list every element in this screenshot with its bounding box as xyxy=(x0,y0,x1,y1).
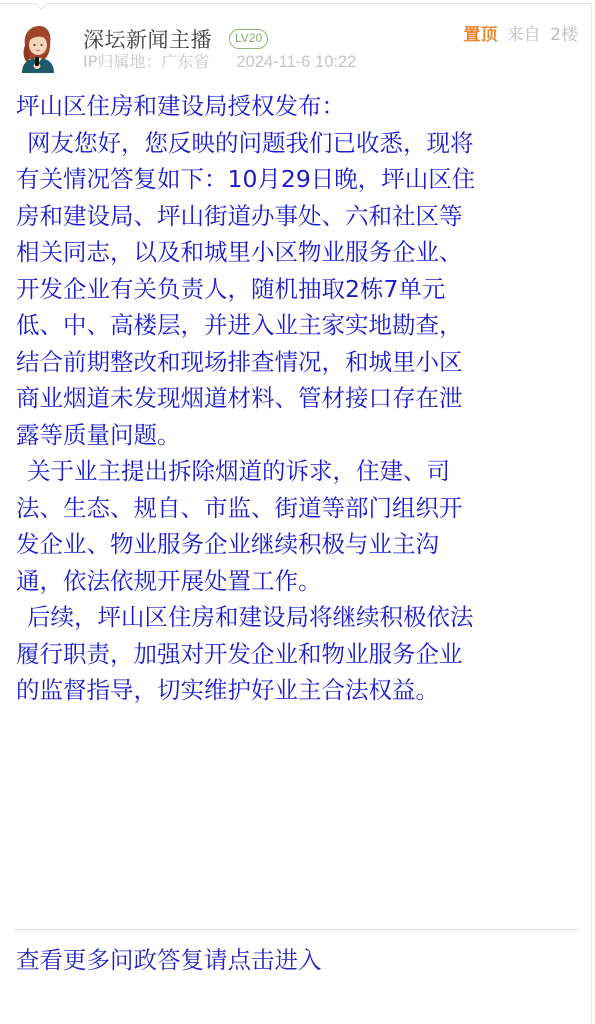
body-line: 履行职责，加强对开发企业和物业服务企业 xyxy=(16,636,576,673)
body-line: 通，依法依规开展处置工作。 xyxy=(16,563,576,600)
body-line: 网友您好，您反映的问题我们已收悉，现将 xyxy=(16,125,576,162)
body-line: 商业烟道未发现烟道材料、管材接口存在泄 xyxy=(16,380,576,417)
level-badge: LV20 xyxy=(229,29,268,49)
pinned-badge: 置顶 xyxy=(463,25,497,45)
body-line: 相关同志，以及和城里小区物业服务企业、 xyxy=(16,234,576,271)
body-line: 后续，坪山区住房和建设局将继续积极依法 xyxy=(16,599,576,636)
post-body: 坪山区住房和建设局授权发布： 网友您好，您反映的问题我们已收悉，现将 有关情况答… xyxy=(16,88,576,709)
body-line: 房和建设局、坪山街道办事处、六和社区等 xyxy=(16,198,576,235)
floor-number[interactable]: 2楼 xyxy=(550,25,578,45)
body-line: 开发企业有关负责人，随机抽取2栋7单元 xyxy=(16,271,576,308)
body-line: 发企业、物业服务企业继续积极与业主沟 xyxy=(16,526,576,563)
ip-location: IP归属地：广东省 xyxy=(83,52,209,71)
body-line: 关于业主提出拆除烟道的诉求，住建、司 xyxy=(16,453,576,490)
author-name[interactable]: 深坛新闻主播 xyxy=(83,26,212,54)
from-label: 来自 xyxy=(507,25,541,45)
floor-info: 置顶 来自 2楼 xyxy=(463,23,578,47)
content-divider xyxy=(15,929,578,930)
post-meta: IP归属地：广东省 2024-11-6 10:22 xyxy=(83,51,356,73)
body-line: 坪山区住房和建设局授权发布： xyxy=(16,88,576,125)
body-line: 法、生态、规自、市监、街道等部门组织开 xyxy=(16,490,576,527)
body-line: 低、中、高楼层，并进入业主家实地勘查， xyxy=(16,307,576,344)
body-line: 有关情况答复如下：10月29日晚，坪山区住 xyxy=(16,161,576,198)
body-line: 结合前期整改和现场排查情况，和城里小区 xyxy=(16,344,576,381)
post-header: 深坛新闻主播 LV20 IP归属地：广东省 2024-11-6 10:22 置顶… xyxy=(0,10,592,80)
post-timestamp: 2024-11-6 10:22 xyxy=(236,53,356,71)
more-replies-link[interactable]: 查看更多问政答复请点击进入 xyxy=(16,942,322,978)
body-line: 露等质量问题。 xyxy=(16,417,576,454)
body-line: 的监督指导，切实维护好业主合法权益。 xyxy=(16,672,576,709)
reporter-avatar-icon[interactable] xyxy=(17,23,57,73)
